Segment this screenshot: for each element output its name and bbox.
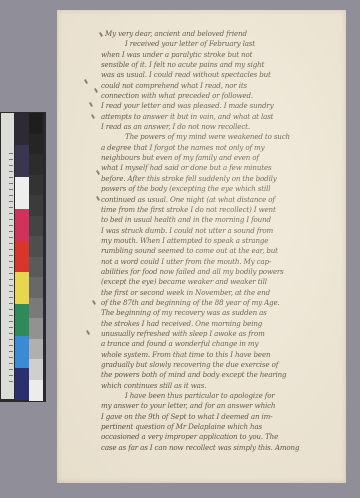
gray-swatch	[29, 318, 43, 339]
gray-swatch	[29, 134, 43, 155]
text-line: case as far as I can now recollect was s…	[101, 443, 341, 453]
text-line: powers of the body (excepting the eye wh…	[101, 184, 341, 194]
text-line: neighbours but even of my family and eve…	[101, 153, 341, 163]
color-swatch	[15, 177, 29, 209]
ruler-scale	[1, 113, 14, 399]
color-swatch	[15, 336, 29, 368]
text-line: could not comprehend what I read, nor it…	[101, 81, 341, 91]
text-line: my mouth. When I attempted to speak a st…	[101, 236, 341, 246]
text-line: to bed in usual health and in the mornin…	[101, 215, 341, 225]
text-line: I read as an answer, I do not now recoll…	[101, 122, 341, 132]
text-line: my answer to your letter, and for an ans…	[101, 401, 341, 411]
text-line: I gave on the 9th of Sept to what I deem…	[101, 412, 341, 422]
text-line: The powers of my mind were weakened to s…	[101, 132, 341, 142]
color-swatch	[15, 113, 29, 145]
text-line: a trance and found a wonderful change in…	[101, 339, 341, 349]
text-line: I received your letter of February last	[101, 39, 341, 49]
color-swatch	[15, 241, 29, 273]
gray-scale-column	[29, 113, 43, 400]
text-line: sensible of it. I felt no acute pains an…	[101, 60, 341, 70]
gray-swatch	[29, 175, 43, 196]
text-line: not a word could I utter from the mouth.…	[101, 257, 341, 267]
color-swatch	[15, 304, 29, 336]
text-line: the first or second week in November, at…	[101, 288, 341, 298]
gray-swatch	[29, 216, 43, 237]
text-line: of the 87th and beginning of the 88 year…	[101, 298, 341, 308]
text-line: unusually refreshed with sleep I awoke a…	[101, 329, 341, 339]
text-line: continued as usual. One night (at what d…	[101, 195, 341, 205]
gray-swatch	[29, 359, 43, 380]
salutation: My very dear, ancient and beloved friend	[101, 29, 341, 39]
text-line: (except the eye) became weaker and weake…	[101, 277, 341, 287]
text-line: I have been thus particular to apologize…	[101, 391, 341, 401]
text-line: whole system. From that time to this I h…	[101, 350, 341, 360]
gray-swatch	[29, 380, 43, 401]
text-line: The beginning of my recovery was as sudd…	[101, 308, 341, 318]
gray-swatch	[29, 257, 43, 278]
gray-swatch	[29, 195, 43, 216]
color-calibration-target	[0, 112, 46, 402]
text-line: what I myself had said or done but a few…	[101, 163, 341, 173]
text-line: pertinent question of Mr Delaplaine whic…	[101, 422, 341, 432]
text-line: was as usual. I could read without spect…	[101, 70, 341, 80]
color-swatch	[15, 272, 29, 304]
color-swatch-column	[15, 113, 29, 400]
text-line: before. After this stroke fell suddenly …	[101, 174, 341, 184]
text-line: a degree that I forgot the names not onl…	[101, 143, 341, 153]
text-line: I was struck dumb. I could not utter a s…	[101, 226, 341, 236]
gray-swatch	[29, 277, 43, 298]
text-line: connection with what preceded or followe…	[101, 91, 341, 101]
letter-text: My very dear, ancient and beloved friend…	[101, 29, 341, 453]
text-line: the strokes I had received. One morning …	[101, 319, 341, 329]
text-line: time from the first stroke I do not reco…	[101, 205, 341, 215]
gray-swatch	[29, 113, 43, 134]
color-swatch	[15, 209, 29, 241]
text-line: I read your letter and was pleased. I ma…	[101, 101, 341, 111]
gray-swatch	[29, 298, 43, 319]
color-swatch	[15, 145, 29, 177]
text-line: which continues still as it was.	[101, 381, 341, 391]
text-line: gradually but slowly recovering the due …	[101, 360, 341, 370]
text-line: abilities for food now failed and all my…	[101, 267, 341, 277]
text-line: attempts to answer it but in vain, and w…	[101, 112, 341, 122]
text-line: when I was under a paralytic stroke but …	[101, 50, 341, 60]
text-line: rumbling sound seemed to come out at the…	[101, 246, 341, 256]
color-swatch	[15, 368, 29, 400]
manuscript-page: My very dear, ancient and beloved friend…	[57, 10, 346, 483]
text-line: the powers both of mind and body except …	[101, 370, 341, 380]
gray-swatch	[29, 236, 43, 257]
gray-swatch	[29, 154, 43, 175]
ruler-ticks	[9, 153, 13, 383]
text-line: occasioned a very improper application t…	[101, 432, 341, 442]
gray-swatch	[29, 339, 43, 360]
margin-ink-marks	[57, 10, 97, 483]
